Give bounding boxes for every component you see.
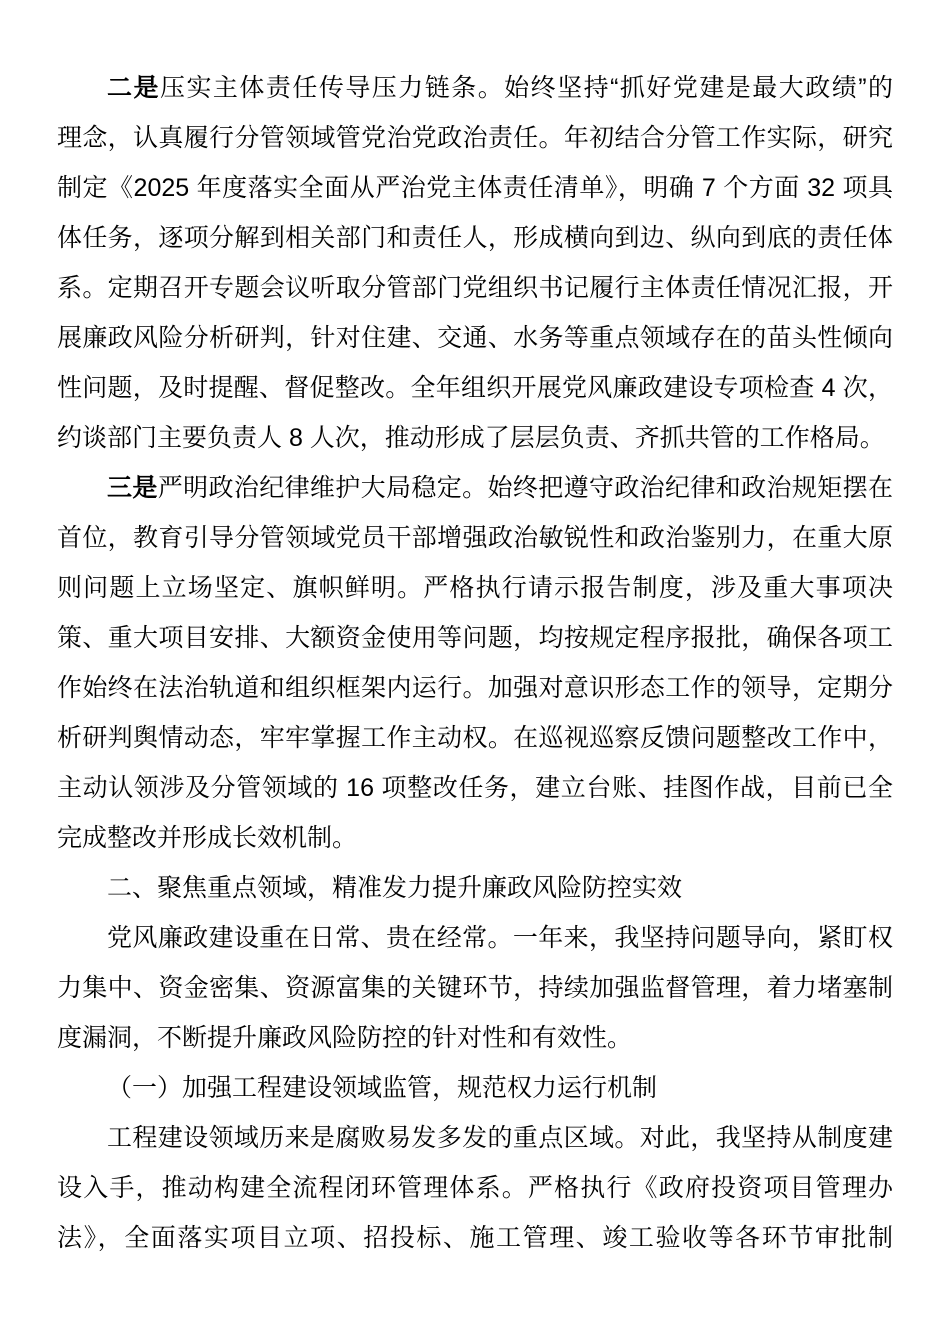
text-line: 作始终在法治轨道和组织框架内运行。加强对意识形态工作的领导，定期分 [57, 663, 893, 713]
text-run: 则问题上立场坚定、旗帜鲜明。严格执行请示报告制度，涉及重大事项决 [57, 574, 893, 602]
text-run: 性问题，及时提醒、督促整改。全年组织开展党风廉政建设专项检查 4 次， [57, 374, 893, 402]
text-run: 压实主体责任传导压力链条。始终坚持“抓好党建是最大政绩”的 [160, 74, 893, 102]
text-line: 度漏洞，不断提升廉政风险防控的针对性和有效性。 [57, 1013, 893, 1063]
text-run: 理念，认真履行分管领域管党治党政治责任。年初结合分管工作实际，研究 [57, 124, 893, 152]
text-line: 主动认领涉及分管领域的 16 项整改任务，建立台账、挂图作战，目前已全部 [57, 763, 893, 813]
text-line: 体任务，逐项分解到相关部门和责任人，形成横向到边、纵向到底的责任体 [57, 213, 893, 263]
text-run: 力集中、资金密集、资源富集的关键环节，持续加强监督管理，着力堵塞制 [57, 974, 893, 1002]
text-run: 系。定期召开专题会议听取分管部门党组织书记履行主体责任情况汇报，开 [57, 274, 893, 302]
text-line: 理念，认真履行分管领域管党治党政治责任。年初结合分管工作实际，研究 [57, 113, 893, 163]
text-line: （一）加强工程建设领域监管，规范权力运行机制 [57, 1063, 893, 1113]
text-line: 策、重大项目安排、大额资金使用等问题，均按规定程序报批，确保各项工 [57, 613, 893, 663]
text-run: 度漏洞，不断提升廉政风险防控的针对性和有效性。 [57, 1024, 632, 1052]
text-line: 工程建设领域历来是腐败易发多发的重点区域。对此，我坚持从制度建 [57, 1113, 893, 1163]
para-section-two-intro: 党风廉政建设重在日常、贵在经常。一年来，我坚持问题导向，紧盯权力集中、资金密集、… [57, 913, 893, 1063]
document-page: 二是压实主体责任传导压力链条。始终坚持“抓好党建是最大政绩”的理念，认真履行分管… [0, 0, 950, 1344]
text-content: 二是压实主体责任传导压力链条。始终坚持“抓好党建是最大政绩”的理念，认真履行分管… [57, 63, 893, 1263]
heading-section-two: 二、聚焦重点领域，精准发力提升廉政风险防控实效 [57, 863, 893, 913]
text-line: 系。定期召开专题会议听取分管部门党组织书记履行主体责任情况汇报，开 [57, 263, 893, 313]
para-engineering-field: 工程建设领域历来是腐败易发多发的重点区域。对此，我坚持从制度建设入手，推动构建全… [57, 1113, 893, 1263]
text-run: （一）加强工程建设领域监管，规范权力运行机制 [107, 1074, 657, 1102]
text-line: 则问题上立场坚定、旗帜鲜明。严格执行请示报告制度，涉及重大事项决 [57, 563, 893, 613]
text-line: 二是压实主体责任传导压力链条。始终坚持“抓好党建是最大政绩”的 [57, 63, 893, 113]
text-line: 性问题，及时提醒、督促整改。全年组织开展党风廉政建设专项检查 4 次， [57, 363, 893, 413]
text-run: 首位，教育引导分管领域党员干部增强政治敏锐性和政治鉴别力，在重大原 [57, 524, 893, 552]
text-line: 制定《2025 年度落实全面从严治党主体责任清单》，明确 7 个方面 32 项具 [57, 163, 893, 213]
para-point-three: 三是严明政治纪律维护大局稳定。始终把遵守政治纪律和政治规矩摆在首位，教育引导分管… [57, 463, 893, 863]
text-line: 二、聚焦重点领域，精准发力提升廉政风险防控实效 [57, 863, 893, 913]
text-run: 完成整改并形成长效机制。 [57, 824, 357, 852]
text-run: 体任务，逐项分解到相关部门和责任人，形成横向到边、纵向到底的责任体 [57, 224, 893, 252]
text-line: 法》，全面落实项目立项、招投标、施工管理、竣工验收等各环节审批制 [57, 1213, 893, 1263]
text-run: 设入手，推动构建全流程闭环管理体系。严格执行《政府投资项目管理办 [57, 1174, 893, 1202]
bold-lead-in: 三是 [107, 474, 158, 502]
text-run: 严明政治纪律维护大局稳定。始终把遵守政治纪律和政治规矩摆在 [158, 474, 893, 502]
bold-lead-in: 二是 [107, 74, 160, 102]
text-run: 二、聚焦重点领域，精准发力提升廉政风险防控实效 [107, 874, 682, 902]
text-run: 析研判舆情动态，牢牢掌握工作主动权。在巡视巡察反馈问题整改工作中， [57, 724, 893, 752]
text-run: 展廉政风险分析研判，针对住建、交通、水务等重点领域存在的苗头性倾向 [57, 324, 893, 352]
text-run: 法》，全面落实项目立项、招投标、施工管理、竣工验收等各环节审批制 [57, 1224, 893, 1252]
para-point-two: 二是压实主体责任传导压力链条。始终坚持“抓好党建是最大政绩”的理念，认真履行分管… [57, 63, 893, 463]
text-line: 力集中、资金密集、资源富集的关键环节，持续加强监督管理，着力堵塞制 [57, 963, 893, 1013]
text-run: 工程建设领域历来是腐败易发多发的重点区域。对此，我坚持从制度建 [107, 1124, 893, 1152]
text-run: 主动认领涉及分管领域的 16 项整改任务，建立台账、挂图作战，目前已全部 [57, 774, 893, 813]
text-run: 作始终在法治轨道和组织框架内运行。加强对意识形态工作的领导，定期分 [57, 674, 893, 702]
text-run: 策、重大项目安排、大额资金使用等问题，均按规定程序报批，确保各项工 [57, 624, 893, 652]
text-run: 约谈部门主要负责人 8 人次，推动形成了层层负责、齐抓共管的工作格局。 [57, 424, 885, 452]
text-line: 首位，教育引导分管领域党员干部增强政治敏锐性和政治鉴别力，在重大原 [57, 513, 893, 563]
text-line: 完成整改并形成长效机制。 [57, 813, 893, 863]
text-run: 制定《2025 年度落实全面从严治党主体责任清单》，明确 7 个方面 32 项具 [57, 174, 893, 202]
text-line: 三是严明政治纪律维护大局稳定。始终把遵守政治纪律和政治规矩摆在 [57, 463, 893, 513]
text-line: 析研判舆情动态，牢牢掌握工作主动权。在巡视巡察反馈问题整改工作中， [57, 713, 893, 763]
text-line: 设入手，推动构建全流程闭环管理体系。严格执行《政府投资项目管理办 [57, 1163, 893, 1213]
text-line: 约谈部门主要负责人 8 人次，推动形成了层层负责、齐抓共管的工作格局。 [57, 413, 893, 463]
text-run: 党风廉政建设重在日常、贵在经常。一年来，我坚持问题导向，紧盯权 [107, 924, 893, 952]
text-line: 党风廉政建设重在日常、贵在经常。一年来，我坚持问题导向，紧盯权 [57, 913, 893, 963]
subheading-item-one: （一）加强工程建设领域监管，规范权力运行机制 [57, 1063, 893, 1113]
text-line: 展廉政风险分析研判，针对住建、交通、水务等重点领域存在的苗头性倾向 [57, 313, 893, 363]
